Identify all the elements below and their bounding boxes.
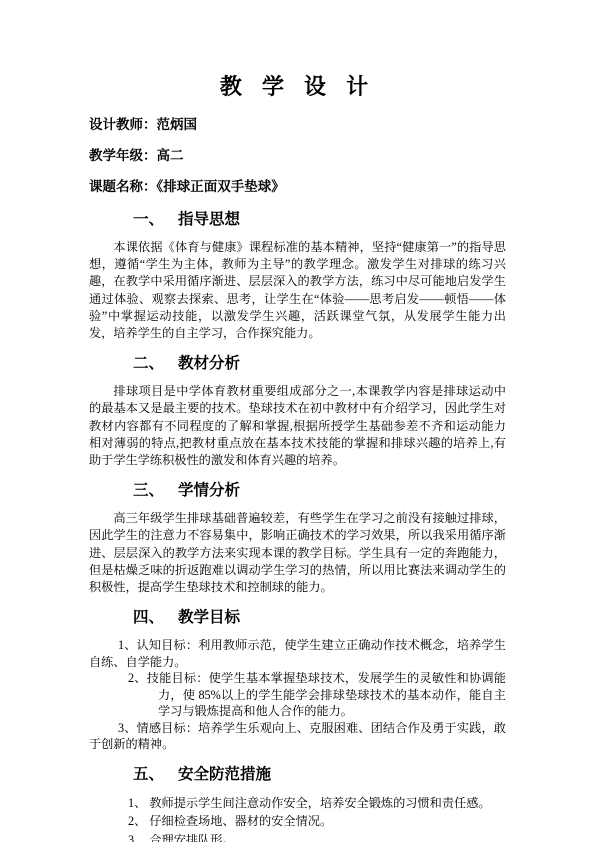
section-3-heading: 三、学情分析 [89, 481, 506, 501]
section-1-number: 一、 [133, 210, 164, 230]
section-4-heading: 四、教学目标 [89, 608, 506, 628]
safety-item-1: 1、 教师提示学生间注意动作安全，培养安全锻炼的习惯和责任感。 [89, 794, 506, 813]
section-2-paragraph: 排球项目是中学体育教材重要组成部分之一,本课教学内容是排球运动中的最基本又是最主… [89, 383, 506, 469]
section-5-title: 安全防范措施 [178, 766, 271, 783]
section-guiding-ideology: 一、指导思想 本课依据《体育与健康》课程标准的基本精神，坚持“健康第一”的指导思… [89, 210, 506, 342]
document-title: 教 学 设 计 [89, 70, 506, 101]
document-meta: 设计教师：范炳国 教学年级：高二 课题名称：《排球正面双手垫球》 [89, 117, 506, 194]
goal-item-emotional: 3、情感目标：培养学生乐观向上、克服困难、团结合作及勇于实践，敢于创新的精神。 [89, 720, 506, 753]
safety-item-3: 3、 合理安排队形。 [89, 831, 506, 842]
section-4-number: 四、 [133, 608, 164, 628]
section-3-number: 三、 [133, 481, 164, 501]
document-page: 教 学 设 计 设计教师：范炳国 教学年级：高二 课题名称：《排球正面双手垫球》… [0, 0, 595, 842]
meta-teacher: 设计教师：范炳国 [89, 117, 506, 132]
section-material-analysis: 二、教材分析 排球项目是中学体育教材重要组成部分之一,本课教学内容是排球运动中的… [89, 354, 506, 469]
section-2-number: 二、 [133, 354, 164, 374]
section-1-heading: 一、指导思想 [89, 210, 506, 230]
section-5-heading: 五、安全防范措施 [89, 765, 506, 785]
section-5-number: 五、 [133, 765, 164, 785]
section-safety-measures: 五、安全防范措施 1、 教师提示学生间注意动作安全，培养安全锻炼的习惯和责任感。… [89, 765, 506, 842]
goal-item-skill: 2、技能目标：使学生基本掌握垫球技术，发展学生的灵敏性和协调能力，使 85%以上… [158, 670, 506, 720]
section-3-title: 学情分析 [178, 482, 240, 499]
goal-item-cognitive: 1、认知目标：利用教师示范，使学生建立正确动作技术概念，培养学生自练、自学能力。 [89, 637, 506, 670]
section-1-title: 指导思想 [178, 211, 240, 228]
section-teaching-goals: 四、教学目标 1、认知目标：利用教师示范，使学生建立正确动作技术概念，培养学生自… [89, 608, 506, 753]
section-3-paragraph: 高三年级学生排球基础普遍较差，有些学生在学习之前没有接触过排球，因此学生的注意力… [89, 510, 506, 596]
section-1-paragraph: 本课依据《体育与健康》课程标准的基本精神，坚持“健康第一”的指导思想，遵循“学生… [89, 239, 506, 342]
safety-item-2: 2、 仔细检查场地、器材的安全情况。 [89, 812, 506, 831]
section-student-analysis: 三、学情分析 高三年级学生排球基础普遍较差，有些学生在学习之前没有接触过排球，因… [89, 481, 506, 596]
section-2-heading: 二、教材分析 [89, 354, 506, 374]
meta-grade: 教学年级：高二 [89, 148, 506, 163]
meta-topic: 课题名称：《排球正面双手垫球》 [89, 179, 506, 194]
section-2-title: 教材分析 [178, 355, 240, 372]
safety-list: 1、 教师提示学生间注意动作安全，培养安全锻炼的习惯和责任感。 2、 仔细检查场… [89, 794, 506, 842]
section-4-title: 教学目标 [178, 609, 240, 626]
